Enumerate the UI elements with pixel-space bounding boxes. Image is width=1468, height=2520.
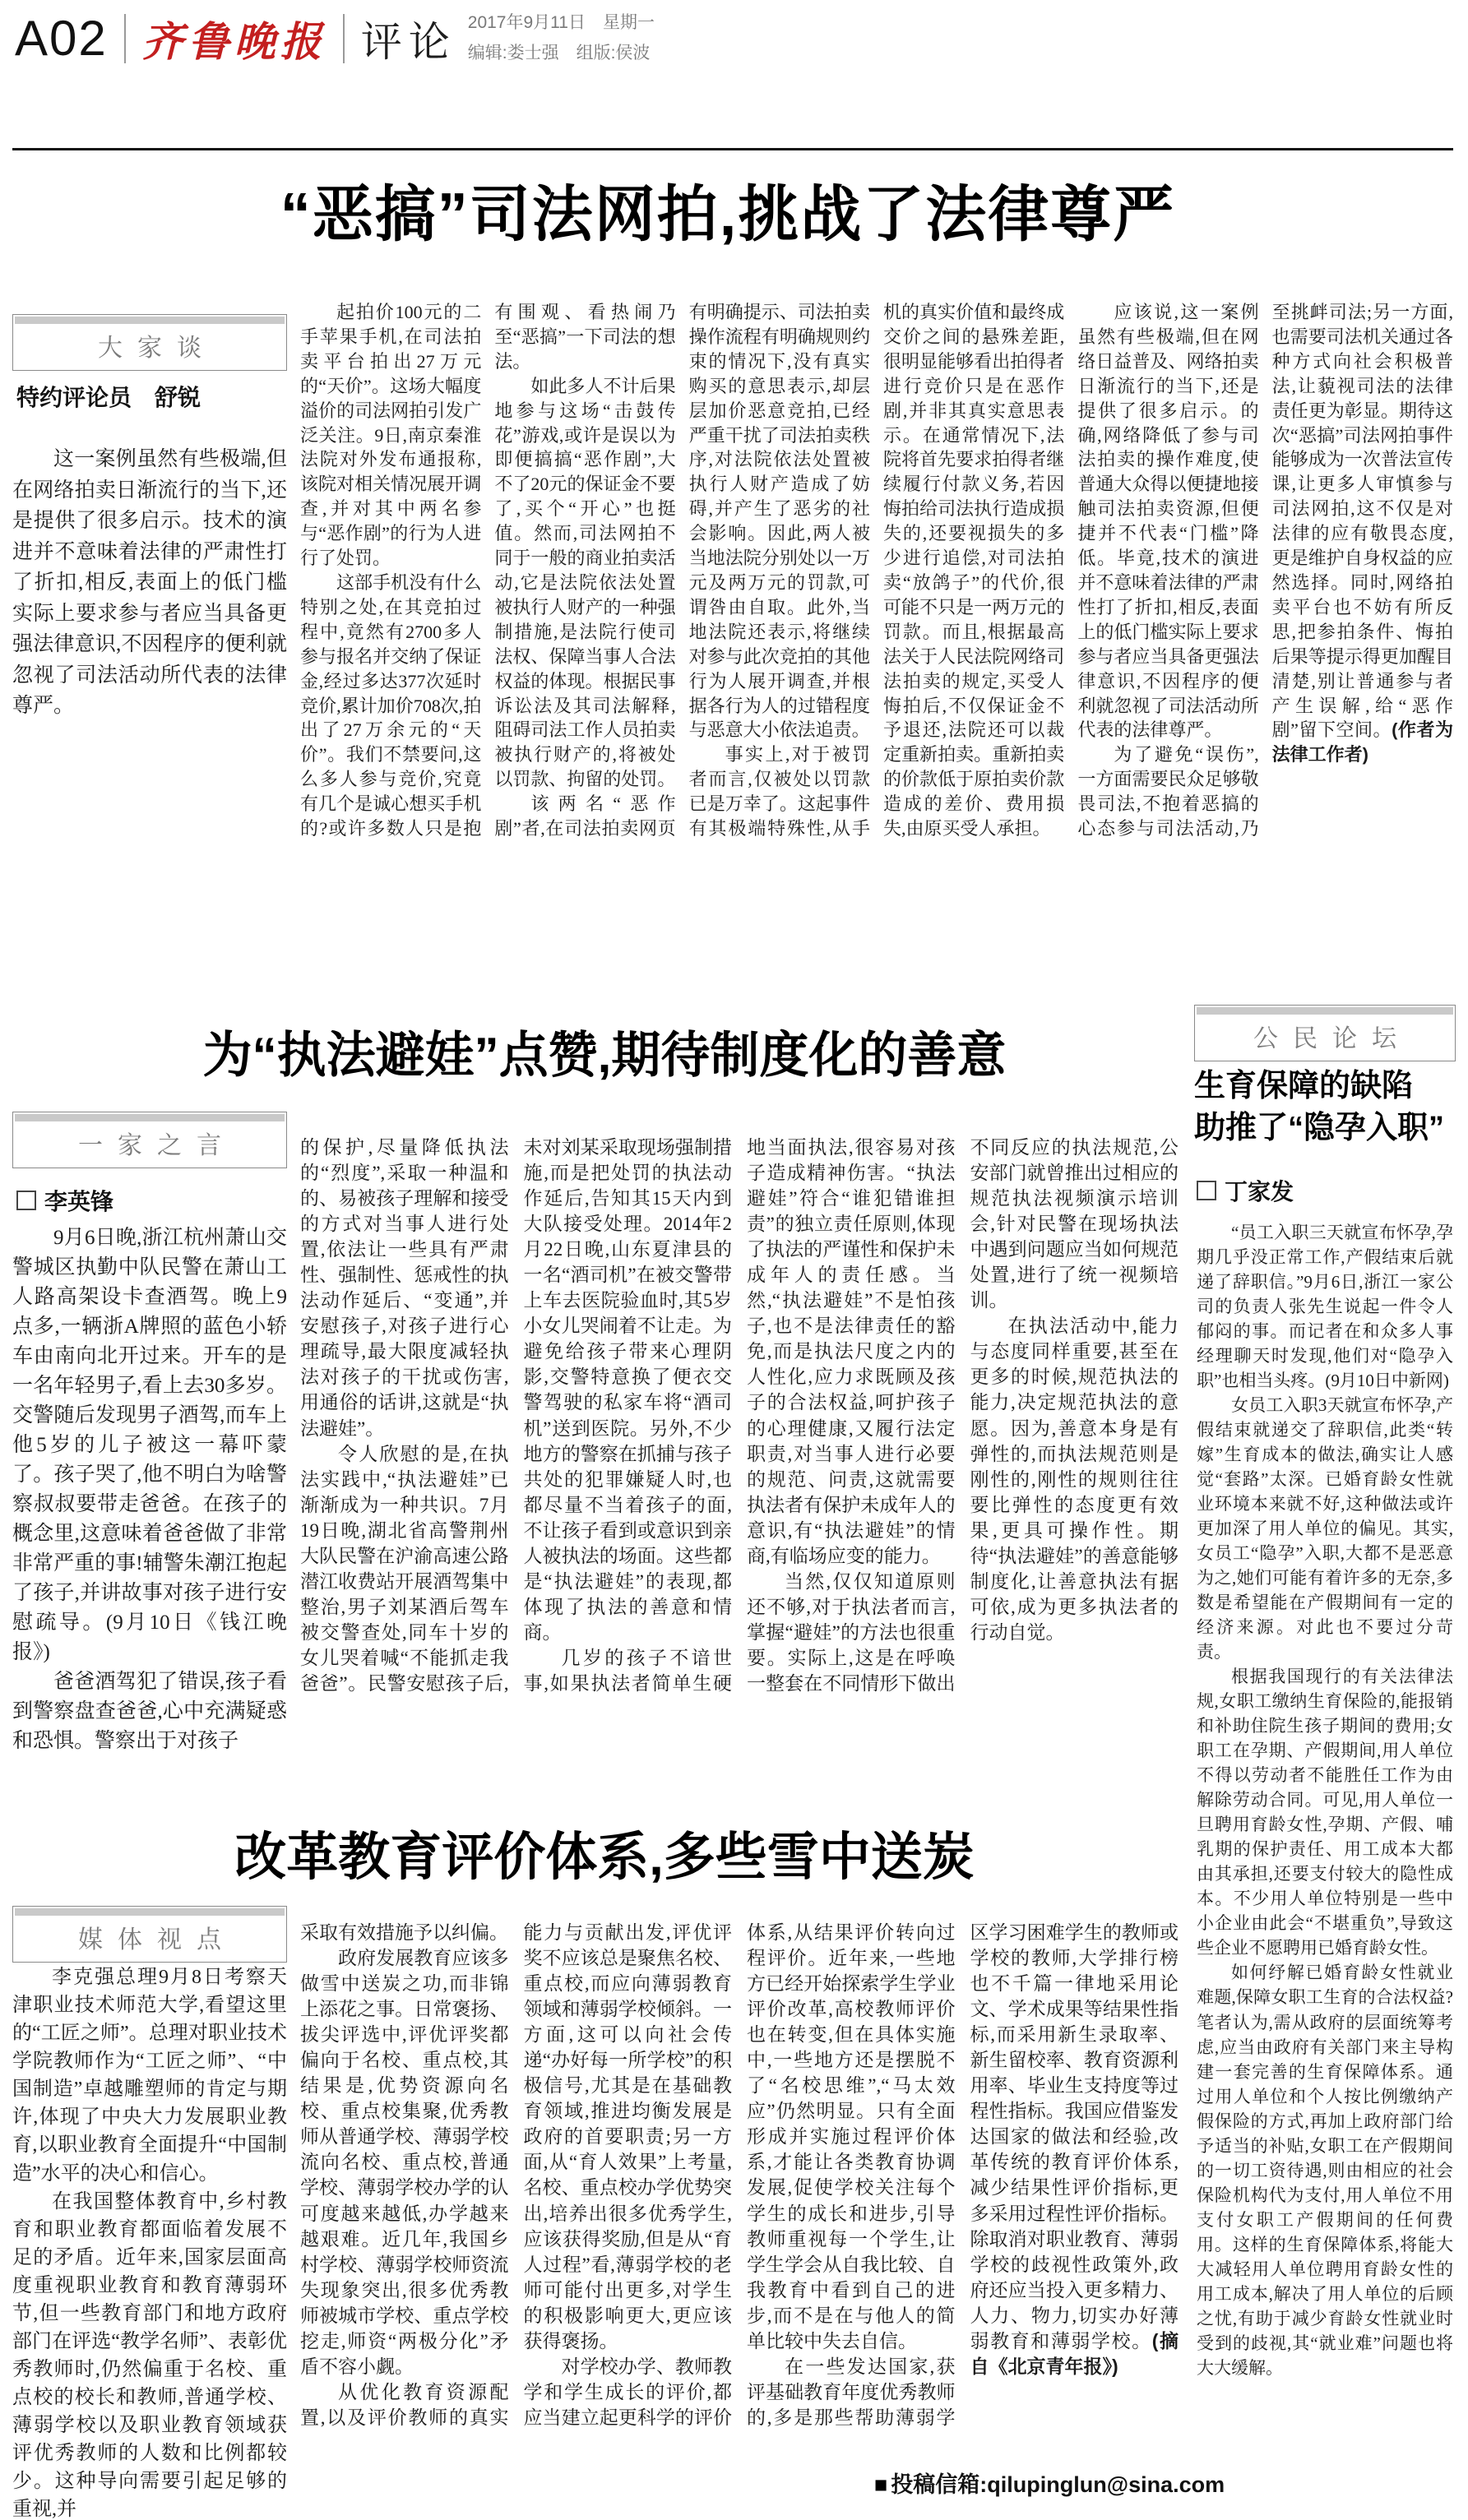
top-article-headline: “恶搞”司法网拍,挑战了法律尊严	[164, 166, 1291, 253]
tagbox-label: 大家谈	[13, 324, 286, 370]
byline-name: 李英锋	[44, 1189, 113, 1214]
newspaper-logo: 齐鲁晚报	[142, 9, 326, 68]
body-paragraph: 采取有效措施予以纠偏。	[300, 1920, 509, 1945]
header-divider	[343, 14, 345, 63]
sidebar-article-byline: 丁家发	[1197, 1174, 1294, 1207]
page-header: A02 齐鲁晚报 评论 2017年9月11日 星期一 编辑:娄士强 组版:侯波	[15, 8, 655, 69]
sidebar-title-line2: 助推了“隐孕入职”	[1194, 1111, 1444, 1145]
middle-article-headline: 为“执法避娃”点赞,期待制度化的善意	[66, 1016, 1143, 1087]
body-paragraph: 政府发展教育应该多做雪中送炭之功,而非锦上添花之事。日常褒扬、拔尖评选中,评优评…	[300, 1945, 509, 2379]
intro-paragraph: 这一案例虽然有些极端,但在网络拍卖日渐流行的当下,还是提供了很多启示。技术的演进…	[12, 444, 287, 722]
body-paragraph: 的保护,尽量降低执法的“烈度”,采取一种温和的、易被孩子理解和接受的方式对当事人…	[300, 1135, 509, 1441]
header-rule	[12, 148, 1453, 150]
header-divider	[124, 14, 126, 63]
submission-mailbox: ■投稿信箱:qilupinglun@sina.com	[874, 2467, 1225, 2499]
byline-name: 丁家发	[1225, 1179, 1294, 1205]
body-paragraph: 如此多人不计后果地参与这场“击鼓传花”游戏,或许是误以为即便搞搞“恶作剧”,大不…	[494, 374, 675, 792]
bottom-article-body: 采取有效措施予以纠偏。政府发展教育应该多做雪中送炭之功,而非锦上添花之事。日常褒…	[300, 1920, 1179, 2456]
editors-line: 编辑:娄士强 组版:侯波	[468, 44, 651, 62]
tagbox-label: 一家之言	[13, 1121, 286, 1168]
intro-paragraph: 9月6日晚,浙江杭州萧山交警城区执勤中队民警在萧山工人路高架设卡查酒驾。晚上9点…	[12, 1223, 287, 1667]
body-paragraph: 在执法活动中,能力与态度同样重要,甚至在更多的时候,规范执法的能力,决定规范执法…	[970, 1313, 1179, 1645]
byline-square-icon	[1197, 1181, 1216, 1200]
column-tag-meitishidian: 媒体视点	[12, 1906, 287, 1963]
sidebar-article-title: 生育保障的缺陷 助推了“隐孕入职”	[1194, 1066, 1457, 1150]
sidebar-article-body: “员工入职三天就宣布怀孕,孕期几乎没正常工作,产假结束后就递了辞职信。”9月6日…	[1197, 1220, 1453, 2508]
byline-square-icon	[16, 1191, 36, 1210]
body-paragraph: 女员工入职3天就宣布怀孕,产假结束就递交了辞职信,此类“转嫁”生育成本的做法,确…	[1197, 1393, 1453, 1664]
date-editor-block: 2017年9月11日 星期一 编辑:娄士强 组版:侯波	[468, 8, 655, 69]
column-tag-yijiazhiyan: 一家之言	[12, 1112, 287, 1168]
tagbox-label: 媒体视点	[13, 1916, 286, 1962]
intro-paragraph: 爸爸酒驾犯了错误,孩子看到警察盘查爸爸,心中充满疑惑和恐惧。警察出于对孩子	[12, 1667, 287, 1756]
column-tag-dajiatan: 大家谈	[12, 314, 287, 371]
page-number: A02	[15, 10, 108, 67]
top-article-body: 起拍价100元的二手苹果手机,在司法拍卖平台拍出27万元的“天价”。这场大幅度溢…	[300, 300, 1453, 954]
black-square-icon: ■	[874, 2472, 887, 2497]
bottom-article-headline: 改革教育评价体系,多些雪中送炭	[66, 1815, 1143, 1890]
body-paragraph: 应该说,这一案例虽然有些极端,但在网络日益普及、网络拍卖日渐流行的当下,还是提供…	[1077, 300, 1258, 742]
tagbox-strip	[15, 1114, 285, 1121]
intro-paragraph: 在我国整体教育中,乡村教育和职业教育都面临着发展不足的矛盾。近年来,国家层面高度…	[12, 2188, 287, 2520]
tagbox-strip	[15, 1908, 285, 1916]
bottom-article-intro: 李克强总理9月8日考察天津职业技术师范大学,看望这里的“工匠之师”。总理对职业技…	[12, 1963, 287, 2520]
body-paragraph: 起拍价100元的二手苹果手机,在司法拍卖平台拍出27万元的“天价”。这场大幅度溢…	[300, 300, 481, 571]
middle-article-intro: 9月6日晚,浙江杭州萧山交警城区执勤中队民警在萧山工人路高架设卡查酒驾。晚上9点…	[12, 1223, 287, 1756]
intro-paragraph: 李克强总理9月8日考察天津职业技术师范大学,看望这里的“工匠之师”。总理对职业技…	[12, 1963, 287, 2188]
tagbox-strip	[15, 317, 285, 324]
body-paragraph: 如何纾解已婚育龄女性就业难题,保障女职工生育的合法权益?笔者认为,需从政府的层面…	[1197, 1960, 1453, 2379]
tagbox-label: 公民论坛	[1195, 1015, 1455, 1061]
body-paragraph: 根据我国现行的有关法律法规,女职工缴纳生育保险的,能报销和补助住院生孩子期间的费…	[1197, 1664, 1453, 1960]
top-article-byline: 特约评论员 舒锐	[16, 380, 201, 413]
sidebar-title-line1: 生育保障的缺陷	[1194, 1069, 1413, 1103]
column-tag-gongminluntan: 公民论坛	[1194, 1005, 1456, 1061]
submission-text: 投稿信箱:qilupinglun@sina.com	[891, 2472, 1225, 2497]
top-article-intro: 这一案例虽然有些极端,但在网络拍卖日渐流行的当下,还是提供了很多启示。技术的演进…	[12, 444, 287, 722]
tagbox-strip	[1197, 1007, 1453, 1015]
date-line: 2017年9月11日 星期一	[468, 13, 655, 32]
section-title: 评论	[361, 9, 456, 68]
middle-article-body: 的保护,尽量降低执法的“烈度”,采取一种温和的、易被孩子理解和接受的方式对当事人…	[300, 1135, 1179, 1769]
body-paragraph: “员工入职三天就宣布怀孕,孕期几乎没正常工作,产假结束后就递了辞职信。”9月6日…	[1197, 1220, 1453, 1393]
middle-article-byline: 李英锋	[16, 1184, 113, 1217]
